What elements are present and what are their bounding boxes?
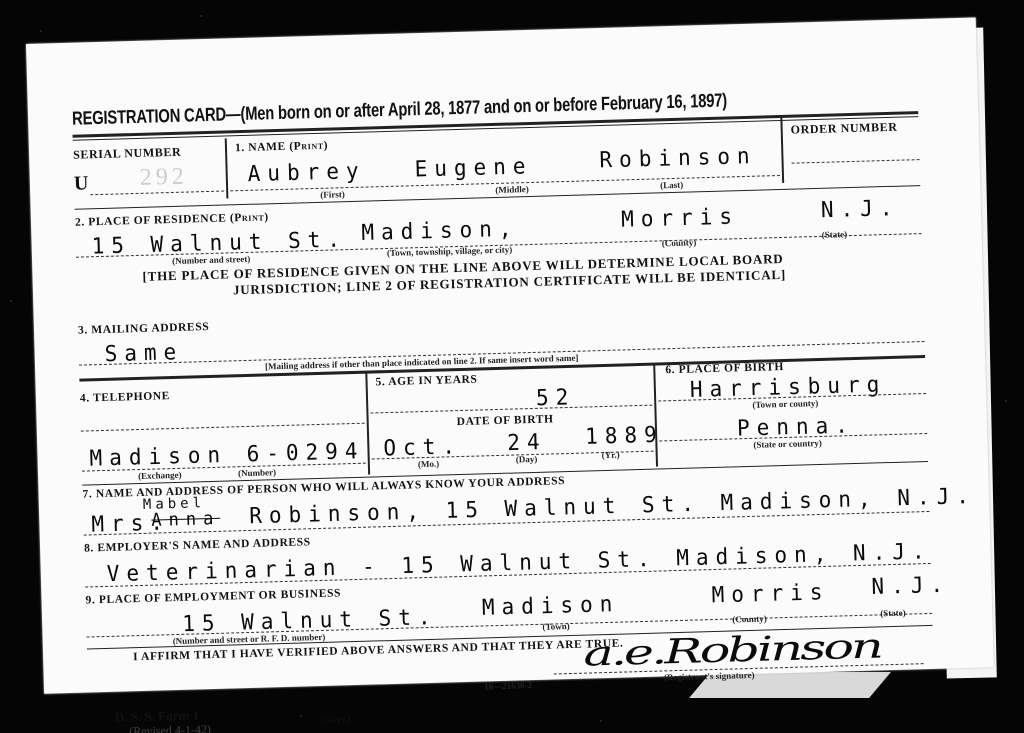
- name-middle: Eugene: [414, 153, 533, 181]
- serial-prefix: U: [74, 172, 89, 195]
- residence-county: Morris: [621, 204, 740, 232]
- employment-town: Madison: [482, 591, 620, 620]
- contact-struck-name: Anna: [151, 508, 221, 531]
- residence-town: Madison,: [361, 216, 519, 246]
- employment-place-label: 9. PLACE OF EMPLOYMENT OR BUSINESS: [85, 587, 341, 606]
- mailing-label: 3. MAILING ADDRESS: [78, 321, 210, 337]
- employment-county: Morris: [711, 579, 830, 607]
- form-revised: (Revised 4-1-42): [129, 722, 211, 733]
- registration-card: REGISTRATION CARD—(Men born on or after …: [26, 17, 994, 693]
- order-number-field[interactable]: [792, 159, 920, 164]
- name-first: Aubrey: [247, 158, 366, 186]
- dob-year: 1889: [585, 422, 664, 449]
- serial-number-label: SERIAL NUMBER: [73, 145, 182, 163]
- name-last: Robinson: [599, 143, 757, 173]
- employment-state: N.J.: [871, 572, 950, 599]
- over-note: (over): [321, 711, 351, 727]
- residence-state: N.J.: [821, 195, 900, 222]
- employer-label: 8. EMPLOYER'S NAME AND ADDRESS: [84, 536, 311, 554]
- dob-label: DATE OF BIRTH: [457, 413, 554, 428]
- residence-label: 2. PLACE OF RESIDENCE (Print): [75, 211, 269, 228]
- age-field[interactable]: [370, 405, 652, 414]
- name-label: 1. NAME (Print): [235, 140, 329, 155]
- serial-number-value: 292: [139, 164, 188, 192]
- dob-day: 24: [507, 429, 547, 455]
- print-code: 16—21630-2: [484, 680, 532, 691]
- order-number-label: ORDER NUMBER: [790, 120, 897, 138]
- registrant-signature: a.e.Robinson: [583, 626, 882, 674]
- telephone-label: 4. TELEPHONE: [80, 390, 170, 405]
- age-label: 5. AGE IN YEARS: [375, 374, 477, 389]
